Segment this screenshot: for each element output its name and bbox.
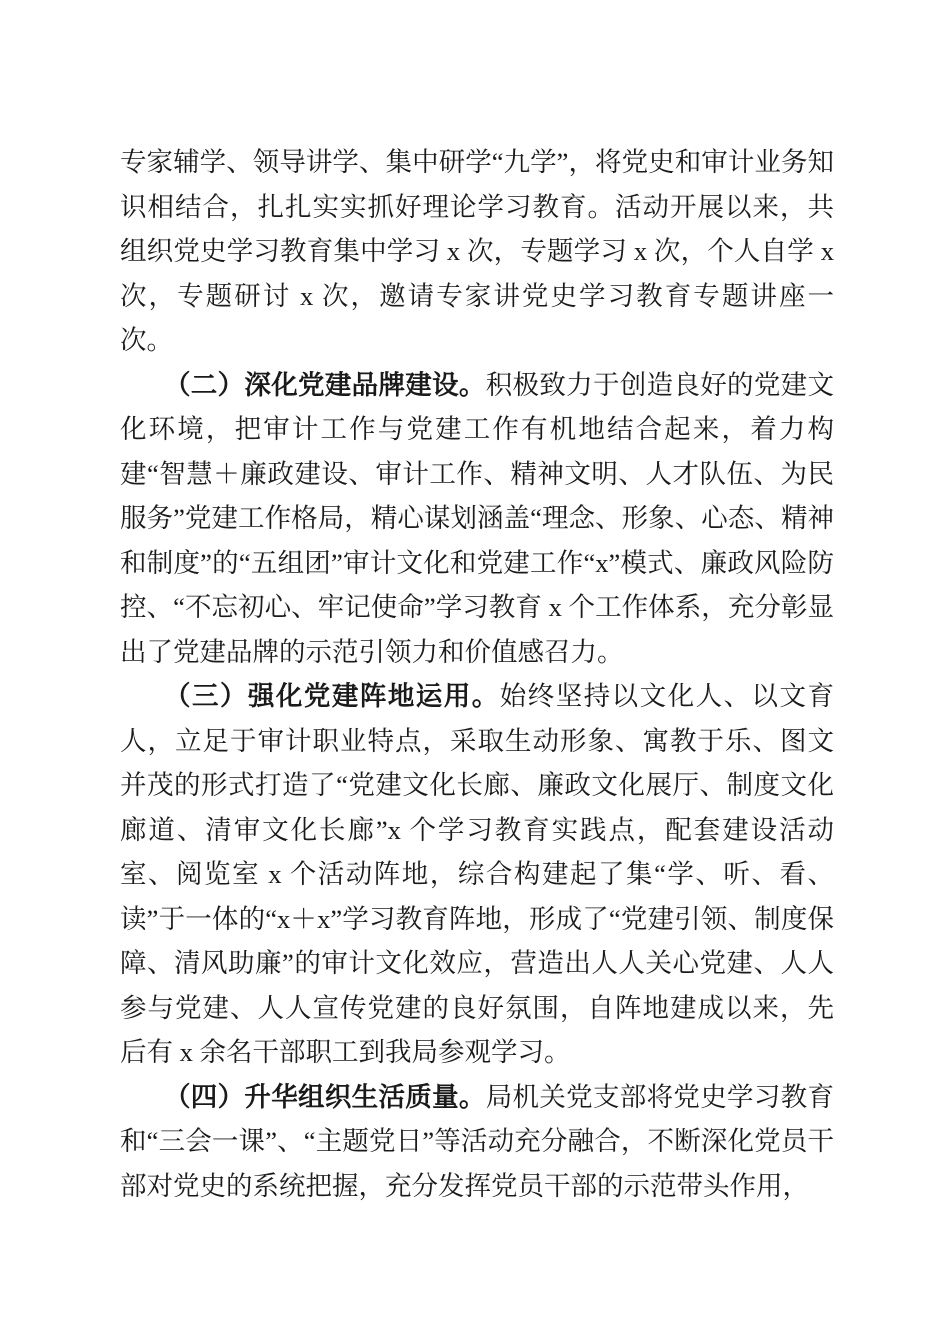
paragraph: 专家辅学、领导讲学、集中研学“九学”，将党史和审计业务知识相结合，扎扎实实抓好理…: [120, 140, 834, 363]
paragraph-lead: （二）深化党建品牌建设。: [164, 370, 486, 400]
paragraph-lead: （三）强化党建阵地运用。: [164, 681, 500, 711]
paragraph: （四）升华组织生活质量。局机关党支部将党史学习教育和“三会一课”、“主题党日”等…: [120, 1075, 834, 1209]
paragraph: （三）强化党建阵地运用。始终坚持以文化人、以文育人，立足于审计职业特点，采取生动…: [120, 674, 834, 1075]
document-body: 专家辅学、领导讲学、集中研学“九学”，将党史和审计业务知识相结合，扎扎实实抓好理…: [120, 140, 834, 1208]
paragraph: （二）深化党建品牌建设。积极致力于创造良好的党建文化环境，把审计工作与党建工作有…: [120, 363, 834, 675]
document-page: 专家辅学、领导讲学、集中研学“九学”，将党史和审计业务知识相结合，扎扎实实抓好理…: [0, 0, 950, 1344]
paragraph-text: 积极致力于创造良好的党建文化环境，把审计工作与党建工作有机地结合起来，着力构建“…: [120, 370, 834, 667]
paragraph-text: 始终坚持以文化人、以文育人，立足于审计职业特点，采取生动形象、寓教于乐、图文并茂…: [120, 681, 834, 1067]
paragraph-lead: （四）升华组织生活质量。: [164, 1082, 486, 1112]
paragraph-text: 专家辅学、领导讲学、集中研学“九学”，将党史和审计业务知识相结合，扎扎实实抓好理…: [120, 147, 834, 355]
